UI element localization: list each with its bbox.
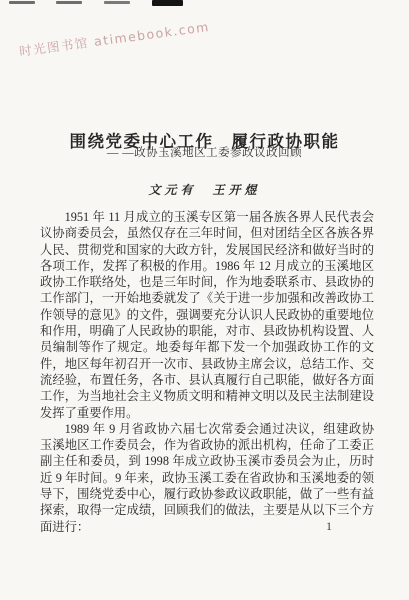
body-text: 1951 年 11 月成立的玉溪专区第一届各族各界人民代表会议协商委员会，虽然仅… — [40, 209, 374, 535]
page-subtitle: — —政协玉溪地区工委参政议政回顾 — [0, 144, 409, 160]
scanned-document-page: 时光图书馆 atimebook.com 围绕党委中心工作 履行政协职能 — —政… — [0, 0, 409, 600]
body-paragraph: 1951 年 11 月成立的玉溪专区第一届各族各界人民代表会议协商委员会，虽然仅… — [40, 209, 374, 421]
scan-mark — [9, 1, 35, 4]
body-paragraph: 1989 年 9 月省政协六届七次常委会通过决议，组建政协玉溪地区工作委员会，作… — [40, 421, 374, 535]
authors-line: 文元有 王开煜 — [0, 181, 409, 198]
watermark: 时光图书馆 atimebook.com — [18, 17, 211, 60]
page-number: 1 — [326, 519, 332, 534]
scan-mark — [152, 0, 183, 6]
scan-mark — [56, 1, 82, 4]
scan-mark — [104, 1, 130, 4]
